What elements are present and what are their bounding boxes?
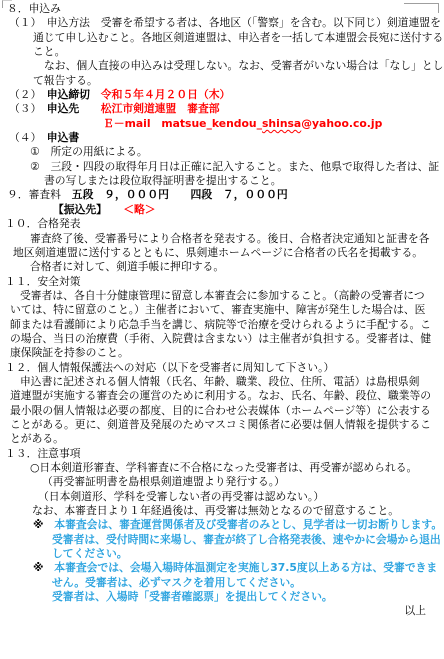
text-run [90, 88, 101, 101]
text-run: （１） 申込方法 受審を希望する者は、各地区（「警察」を含む。以下同じ）剣道連盟… [9, 16, 441, 29]
text-run: ② 三段・四段の取得年月日は正確に記入すること。また、他県で取得した者は、証 [30, 160, 439, 173]
text-run: ８．申込み [7, 2, 61, 15]
text-run: （３） [9, 102, 47, 115]
text-line: Ｅ－mail matsue_kendou_shinsa@yahoo.co.jp [0, 117, 444, 131]
text-line: （３） 申込先 松江市剣道連盟 審査部 [0, 102, 444, 116]
text-line: 受審者は、受付時間に来場し、審査が終了し合格発表後、速やかに会場から退出 [0, 533, 444, 547]
text-run: 師または看護師により応急手当を講じ、病院等で治療を受けられるように手配する。こ [10, 318, 431, 331]
text-line: 師または看護師により応急手当を講じ、病院等で治療を受けられるように手配する。こ [0, 318, 444, 332]
text-run: （４） [9, 131, 47, 144]
text-run: 【振込先】 [53, 203, 102, 216]
text-run: １２．個人情報保護法への対応（以下を受審者に周知して下さい。） [5, 361, 334, 374]
text-run: とがある。 [10, 432, 64, 445]
text-line: 審査終了後、受審番号により合格者を発表する。後日、合格者決定通知と証書を各 [0, 232, 444, 246]
text-run [79, 102, 101, 115]
text-line: 申込書に記述される個人情報（氏名、年齢、職業、段位、住所、電話）は島根県剣 [0, 375, 444, 389]
text-line: （２） 申込締切 令和５年４月２０日（木） [0, 88, 444, 102]
text-line: （再受審証明書を島根県剣道連盟より発行する。） [0, 475, 444, 489]
text-run: 通じて申し込むこと。各地区剣道連盟は、申込者を一括して本連盟会長宛に送付する [33, 31, 443, 44]
text-run: 受審者は、入場時「受審者確認票」を提出してください。 [52, 590, 333, 603]
text-run: （再受審証明書を島根県剣道連盟より発行する。） [42, 475, 285, 488]
text-line: 道連盟が実施する審査会の運営のために利用する。なお、氏名、年齢、段位、職業等の [0, 389, 444, 403]
text-run [44, 518, 55, 531]
text-run: こと。 [33, 45, 65, 58]
text-line: ことがある。更に、剣道普及発展のためマスコミ関係者に必要は個人情報を提供するこ [0, 418, 444, 432]
text-run: （日本剣道形、学科を受審しない者の再受審は認めない。） [38, 490, 324, 503]
text-run: 五段 ９，０００円 四段 ７，０００円 [72, 188, 288, 201]
text-run: １３．注意事項 [5, 447, 81, 460]
text-line: （日本剣道形、学科を受審しない者の再受審は認めない。） [0, 490, 444, 504]
text-line: 書の写しまたは段位取得証明書を提出すること。 [0, 174, 444, 188]
text-run: 本審査会では、会場入場時体温測定を実施し37.5度以上ある方は、受審できま [54, 561, 437, 574]
text-line: なお、個人直接の申込みは受理しない。なお、受審者がいない場合は「なし」とし [0, 59, 444, 73]
text-run: せん。受審者は、必ずマスクを着用してください。 [52, 576, 301, 589]
text-run: してください。 [52, 547, 128, 560]
text-line: こと。 [0, 45, 444, 59]
text-run: 令和５年４月２０日（木） [101, 88, 231, 101]
text-run: ○日本剣道形審査、学科審査に不合格になった受審者は、再受審が認められる。 [30, 461, 417, 474]
text-line: ※ 本審査会では、会場入場時体温測定を実施し37.5度以上ある方は、受審できま [0, 561, 444, 575]
text-line: （１） 申込方法 受審を希望する者は、各地区（「警察」を含む。以下同じ）剣道連盟… [0, 16, 444, 30]
text-run: 申込先 [47, 102, 79, 115]
text-line: て報告する。 [0, 74, 444, 88]
text-line: 地区剣道連盟に送付するとともに、県剣連ホームページに合格者の氏名を掲載する。 [0, 246, 444, 260]
text-line: ８．申込み [0, 2, 444, 16]
text-run: 申込書に記述される個人情報（氏名、年齢、職業、段位、住所、電話）は島根県剣 [20, 375, 419, 388]
text-line: 受審者は、各自十分健康管理に留意し本審査会に参加すること。（高齢の受審者につ [0, 289, 444, 303]
text-run: 受審者は、各自十分健康管理に留意し本審査会に参加すること。（高齢の受審者につ [20, 289, 425, 302]
text-run: 申込締切 [47, 88, 90, 101]
text-run: なお、本審査日より１年経過後は、再受審は無効となるので留意すること。 [32, 504, 399, 517]
text-line: してください。 [0, 547, 444, 561]
text-run: ＜略＞ [123, 203, 155, 216]
text-line: せん。受審者は、必ずマスクを着用してください。 [0, 576, 444, 590]
text-run: 地区剣道連盟に送付するとともに、県剣連ホームページに合格者の氏名を掲載する。 [13, 246, 423, 259]
text-line: １２．個人情報保護法への対応（以下を受審者に周知して下さい。） [0, 361, 444, 375]
text-run: １１．安全対策 [5, 275, 81, 288]
text-line: （４） 申込書 [0, 131, 444, 145]
text-line: 受審者は、入場時「受審者確認票」を提出してください。 [0, 590, 444, 604]
text-line: １３．注意事項 [0, 447, 444, 461]
text-line: 以上 [0, 604, 444, 618]
text-line: ※ 本審査会は、審査運営関係者及び受審者のみとし、見学者は一切お断りします。 [0, 518, 444, 532]
text-run: ことがある。更に、剣道普及発展のためマスコミ関係者に必要は個人情報を提供するこ [10, 418, 431, 431]
text-line: いては、特に留意のこと。）主催者において、審査実施中、障害が発生した場合は、医 [0, 303, 444, 317]
text-run: ※ [33, 561, 44, 574]
text-run [44, 561, 55, 574]
text-run: 道連盟が実施する審査会の運営のために利用する。なお、氏名、年齢、段位、職業等の [10, 389, 431, 402]
text-line: ○日本剣道形審査、学科審査に不合格になった受審者は、再受審が認められる。 [0, 461, 444, 475]
text-run [102, 203, 124, 216]
text-run: て報告する。 [33, 74, 98, 87]
text-line: とがある。 [0, 432, 444, 446]
spellcheck-underlined-text: shinsa [262, 117, 301, 130]
text-run: 申込書 [47, 131, 79, 144]
text-run: １０．合格発表 [5, 217, 81, 230]
text-run: なお、個人直接の申込みは受理しない。なお、受審者がいない場合は「なし」とし [44, 59, 443, 72]
text-line: １０．合格発表 [0, 217, 444, 231]
text-run: 書の写しまたは段位取得証明書を提出すること。 [44, 174, 282, 187]
text-line: の場合、当日の治療費（手術、入院費は含まない）は主催者が負担する。受審者は、健 [0, 332, 444, 346]
document-lines: ８．申込み（１） 申込方法 受審を希望する者は、各地区（「警察」を含む。以下同じ… [0, 2, 444, 619]
text-run: 合格者に対して、剣道手帳に押印する。 [30, 260, 224, 273]
text-run: の場合、当日の治療費（手術、入院費は含まない）は主催者が負担する。受審者は、健 [10, 332, 431, 345]
text-run: ９．審査料 [7, 188, 72, 201]
text-line: 最小限の個人情報は必要の都度、目的に合わせ公表媒体（ホームページ等）に公表する [0, 404, 444, 418]
text-line: １１．安全対策 [0, 275, 444, 289]
text-run: 最小限の個人情報は必要の都度、目的に合わせ公表媒体（ホームページ等）に公表する [10, 404, 431, 417]
text-run: 以上 [404, 604, 426, 617]
text-run: 本審査会は、審査運営関係者及び受審者のみとし、見学者は一切お断りします。 [54, 518, 442, 531]
text-line: なお、本審査日より１年経過後は、再受審は無効となるので留意すること。 [0, 504, 444, 518]
text-run: ※ [33, 518, 44, 531]
text-line: 【振込先】 ＜略＞ [0, 203, 444, 217]
text-run: 受審者は、受付時間に来場し、審査が終了し合格発表後、速やかに会場から退出 [52, 533, 441, 546]
text-run: Ｅ－mail matsue_kendou_ [103, 117, 262, 130]
text-run: 康保険証を持参のこと。 [10, 346, 129, 359]
text-run: （２） [9, 88, 47, 101]
text-run: ① 所定の用紙による。 [30, 145, 148, 158]
text-line: 合格者に対して、剣道手帳に押印する。 [0, 260, 444, 274]
text-line: 康保険証を持参のこと。 [0, 346, 444, 360]
text-run: 松江市剣道連盟 審査部 [101, 102, 220, 115]
text-line: ９．審査料 五段 ９，０００円 四段 ７，０００円 [0, 188, 444, 202]
text-line: ② 三段・四段の取得年月日は正確に記入すること。また、他県で取得した者は、証 [0, 160, 444, 174]
text-run: いては、特に留意のこと。）主催者において、審査実施中、障害が発生した場合は、医 [10, 303, 425, 316]
text-line: 通じて申し込むこと。各地区剣道連盟は、申込者を一括して本連盟会長宛に送付する [0, 31, 444, 45]
text-run: 審査終了後、受審番号により合格者を発表する。後日、合格者決定通知と証書を各 [30, 232, 429, 245]
text-line: ① 所定の用紙による。 [0, 145, 444, 159]
text-run: @yahoo.co.jp [301, 117, 382, 130]
